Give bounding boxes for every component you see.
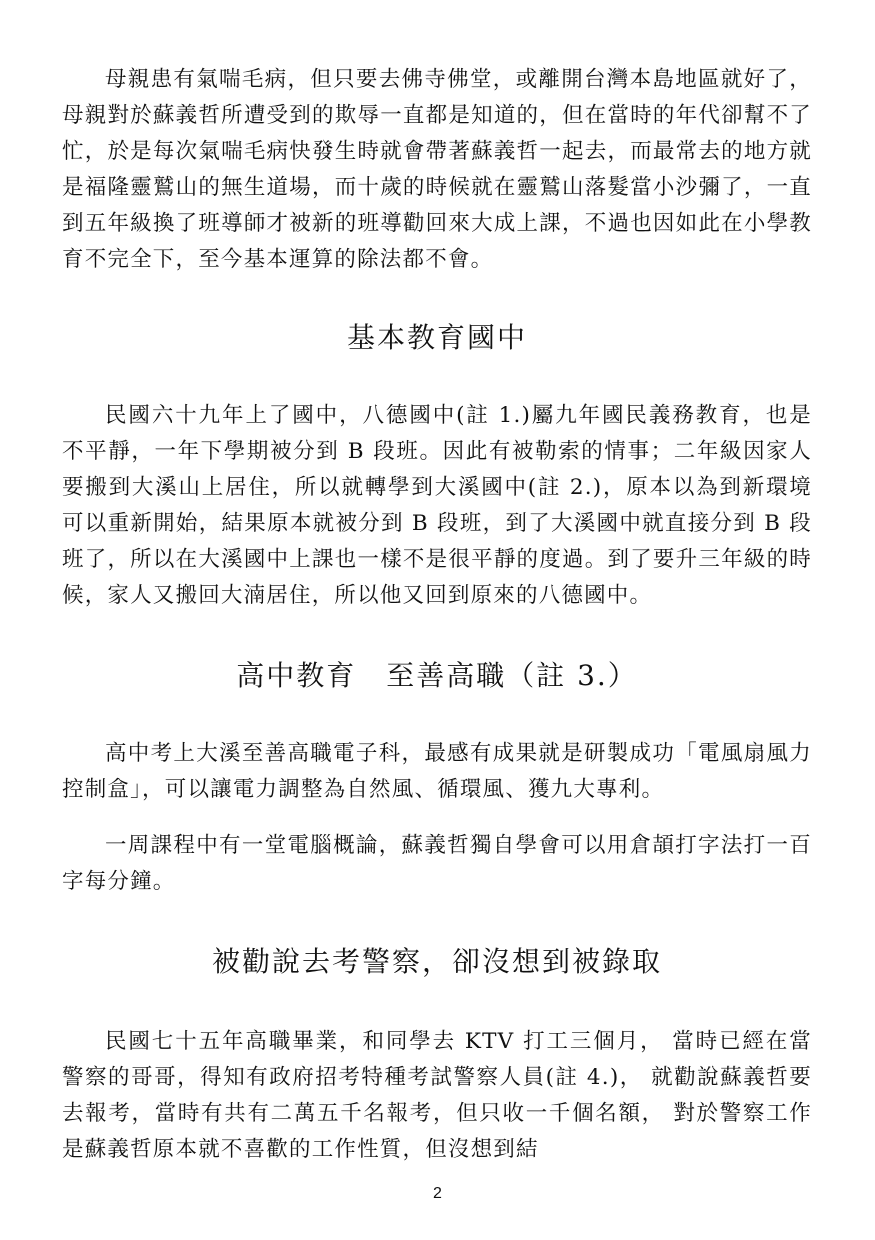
paragraph-police-exam: 民國七十五年高職畢業，和同學去 KTV 打工三個月， 當時已經在當警察的哥哥，得… bbox=[62, 1024, 812, 1168]
page-number: 2 bbox=[0, 1185, 875, 1203]
paragraph-gap bbox=[62, 808, 812, 828]
paragraph-high-school-project: 高中考上大溪至善高職電子科，最感有成果就是研製成功「電風扇風力控制盒」，可以讓電… bbox=[62, 736, 812, 808]
paragraph-mother-asthma: 母親患有氣喘毛病，但只要去佛寺佛堂，或離開台灣本島地區就好了，母親對於蘇義哲所遭… bbox=[62, 62, 812, 278]
heading-high-school: 高中教育 至善高職（註 3.） bbox=[62, 654, 812, 694]
heading-police-exam: 被勸說去考警察，卻沒想到被錄取 bbox=[62, 940, 812, 980]
paragraph-computer-course: 一周課程中有一堂電腦概論，蘇義哲獨自學會可以用倉頡打字法打一百字每分鐘。 bbox=[62, 828, 812, 900]
paragraph-junior-high: 民國六十九年上了國中，八德國中(註 1.)屬九年國民義務教育，也是不平靜，一年下… bbox=[62, 398, 812, 614]
heading-junior-high: 基本教育國中 bbox=[62, 316, 812, 356]
document-page: 母親患有氣喘毛病，但只要去佛寺佛堂，或離開台灣本島地區就好了，母親對於蘇義哲所遭… bbox=[62, 62, 812, 1168]
